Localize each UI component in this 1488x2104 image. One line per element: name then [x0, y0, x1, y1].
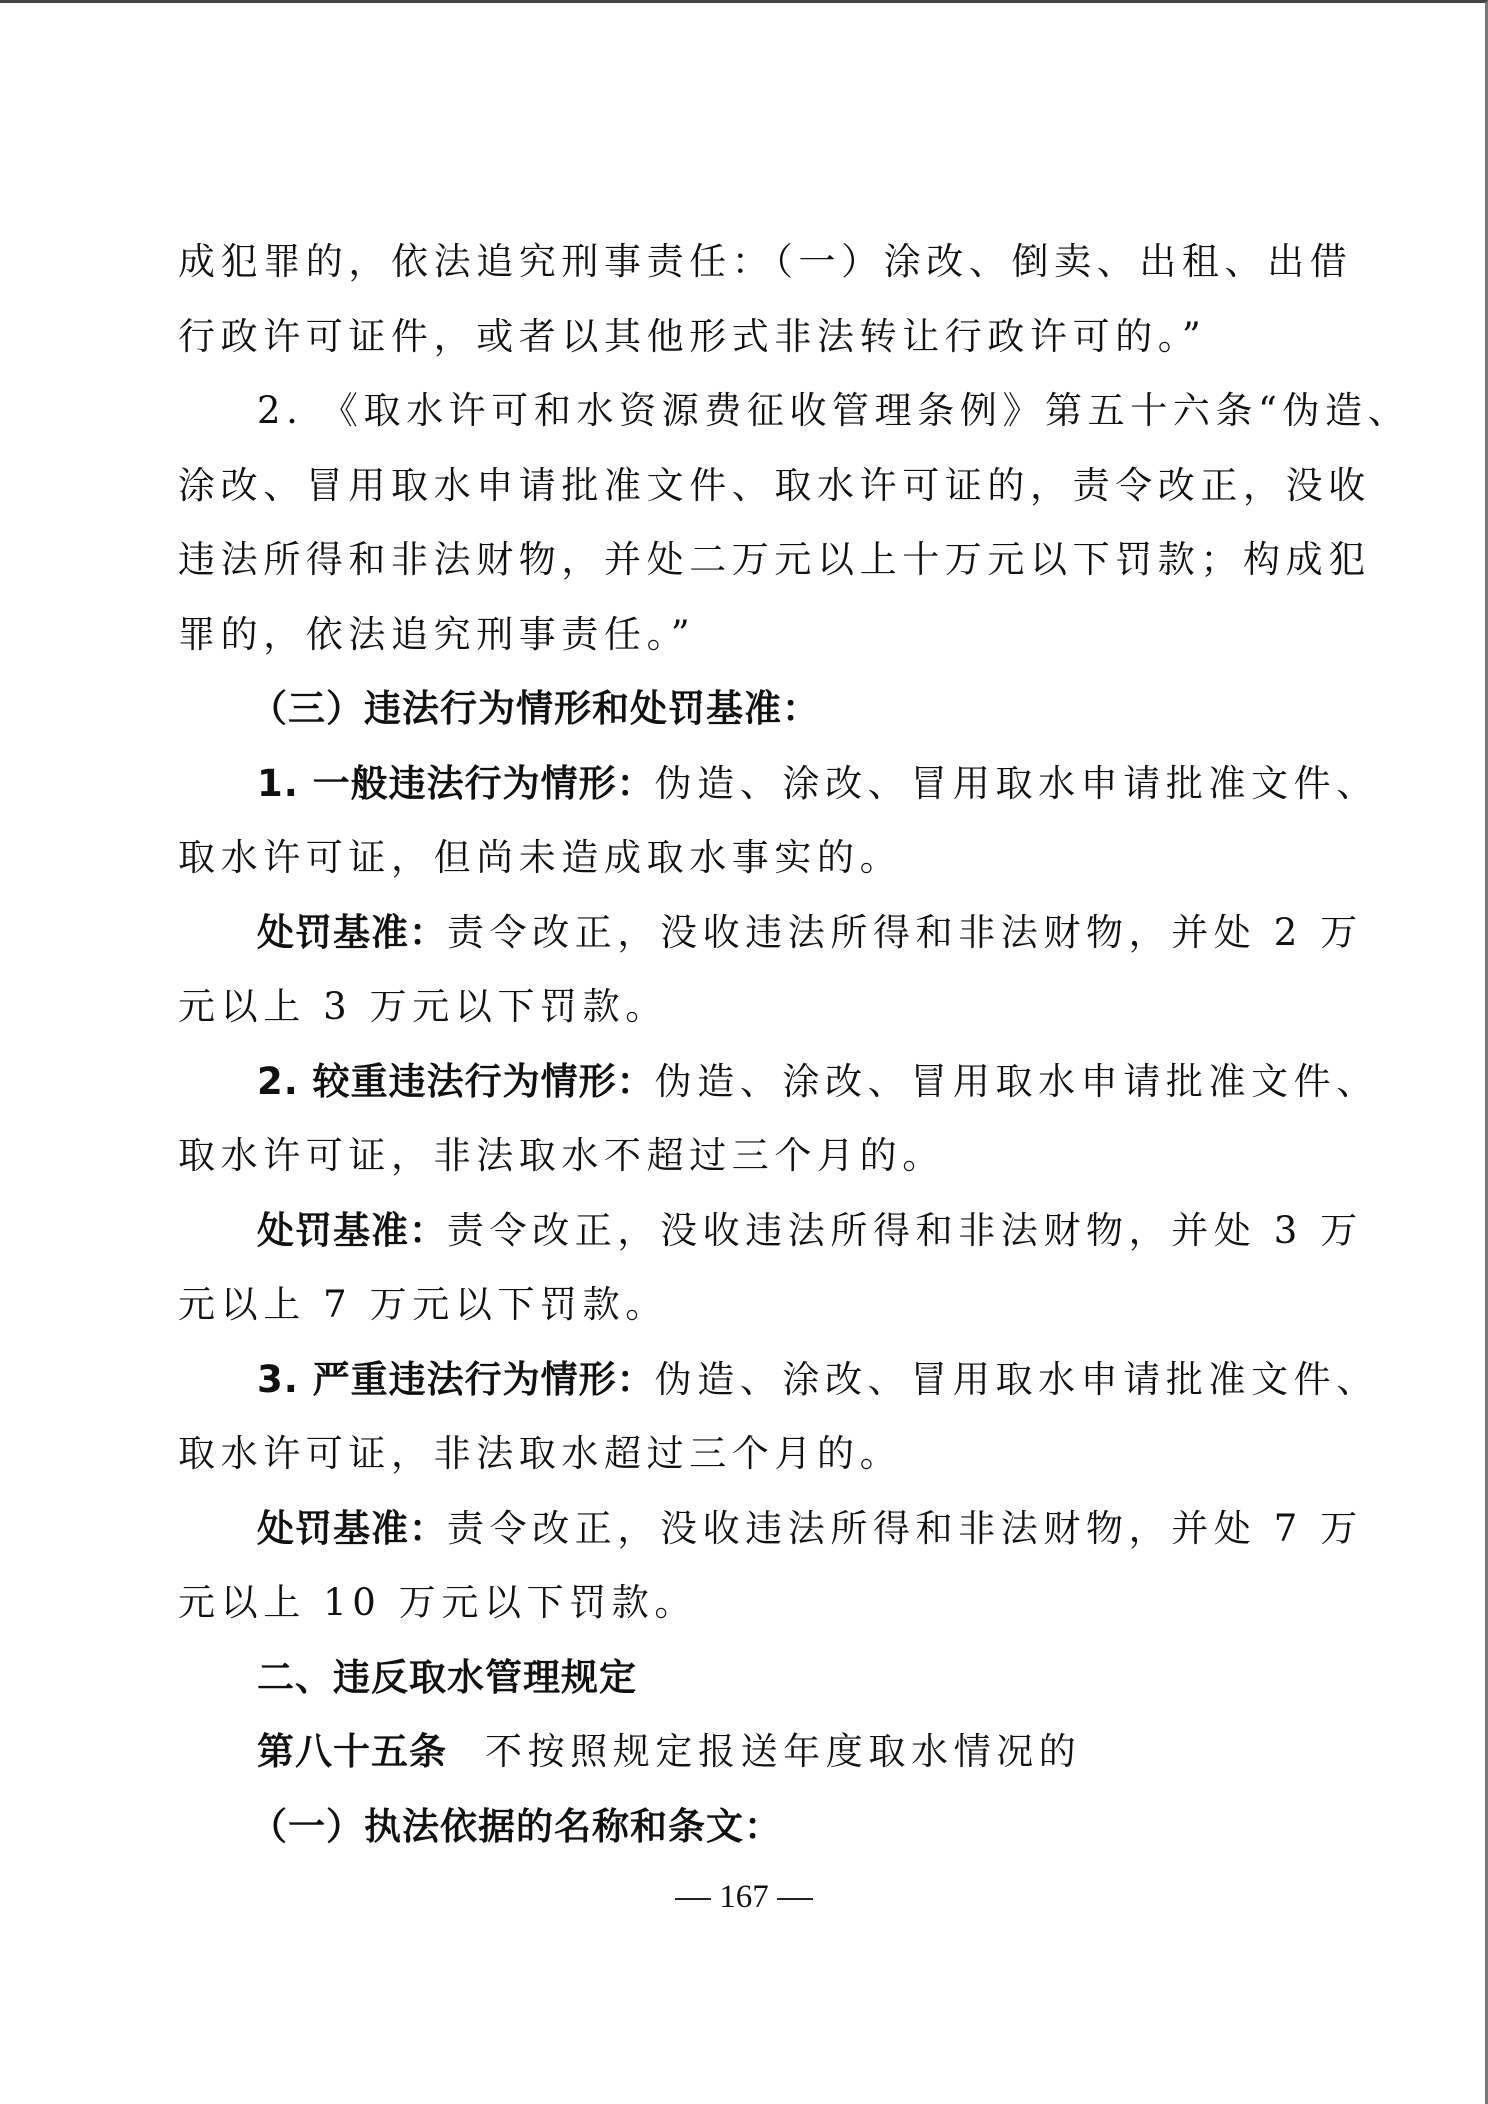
body-line: 2. 《取水许可和水资源费征收管理条例》第五十六条“伪造、 [178, 374, 1306, 449]
case-label: 1. 一般违法行为情形： [257, 762, 655, 805]
penalty-text: 责令改正，没收违法所得和非法财物，并处 2 万 [447, 911, 1363, 954]
article-line: 第八十五条不按照规定报送年度取水情况的 [178, 1715, 1306, 1790]
case-description: 伪造、涂改、冒用取水申请批准文件、 [655, 762, 1379, 805]
penalty-text-continued: 元以上 10 万元以下罚款。 [178, 1566, 1306, 1641]
page-number-value: 167 [719, 1879, 769, 1915]
case-3-penalty: 处罚基准：责令改正，没收违法所得和非法财物，并处 7 万 [178, 1492, 1306, 1567]
section-heading: （三）违法行为情形和处罚基准： [178, 672, 1306, 747]
body-line: 成犯罪的，依法追究刑事责任：（一）涂改、倒卖、出租、出借 [178, 225, 1306, 300]
article-title: 不按照规定报送年度取水情况的 [485, 1730, 1081, 1773]
case-description: 伪造、涂改、冒用取水申请批准文件、 [655, 1060, 1379, 1103]
case-description-continued: 取水许可证，非法取水超过三个月的。 [178, 1417, 1306, 1492]
penalty-text-continued: 元以上 3 万元以下罚款。 [178, 970, 1306, 1045]
body-line: 罪的，依法追究刑事责任。” [178, 598, 1306, 673]
case-2-description: 2. 较重违法行为情形：伪造、涂改、冒用取水申请批准文件、 [178, 1045, 1306, 1120]
case-label: 3. 严重违法行为情形： [257, 1358, 655, 1401]
body-line: 违法所得和非法财物，并处二万元以上十万元以下罚款；构成犯 [178, 523, 1306, 598]
dash-left [675, 1898, 711, 1900]
case-2-penalty: 处罚基准：责令改正，没收违法所得和非法财物，并处 3 万 [178, 1194, 1306, 1269]
page-number: 167 [0, 1879, 1488, 1916]
penalty-label: 处罚基准： [257, 911, 447, 954]
body-line: 涂改、冒用取水申请批准文件、取水许可证的，责令改正，没收 [178, 449, 1306, 524]
case-description-continued: 取水许可证，非法取水不超过三个月的。 [178, 1119, 1306, 1194]
case-description: 伪造、涂改、冒用取水申请批准文件、 [655, 1358, 1379, 1401]
case-description-continued: 取水许可证，但尚未造成取水事实的。 [178, 821, 1306, 896]
document-page: 成犯罪的，依法追究刑事责任：（一）涂改、倒卖、出租、出借 行政许可证件，或者以其… [178, 225, 1306, 1864]
subsection-heading: （一）执法依据的名称和条文： [178, 1790, 1306, 1865]
case-1-penalty: 处罚基准：责令改正，没收违法所得和非法财物，并处 2 万 [178, 896, 1306, 971]
case-3-description: 3. 严重违法行为情形：伪造、涂改、冒用取水申请批准文件、 [178, 1343, 1306, 1418]
penalty-text-continued: 元以上 7 万元以下罚款。 [178, 1268, 1306, 1343]
case-label: 2. 较重违法行为情形： [257, 1060, 655, 1103]
penalty-label: 处罚基准： [257, 1507, 447, 1550]
part-heading: 二、违反取水管理规定 [178, 1641, 1306, 1716]
article-number: 第八十五条 [257, 1730, 447, 1773]
penalty-label: 处罚基准： [257, 1209, 447, 1252]
case-1-description: 1. 一般违法行为情形：伪造、涂改、冒用取水申请批准文件、 [178, 747, 1306, 822]
body-line: 行政许可证件，或者以其他形式非法转让行政许可的。” [178, 300, 1306, 375]
dash-right [777, 1898, 813, 1900]
penalty-text: 责令改正，没收违法所得和非法财物，并处 7 万 [447, 1507, 1363, 1550]
penalty-text: 责令改正，没收违法所得和非法财物，并处 3 万 [447, 1209, 1363, 1252]
